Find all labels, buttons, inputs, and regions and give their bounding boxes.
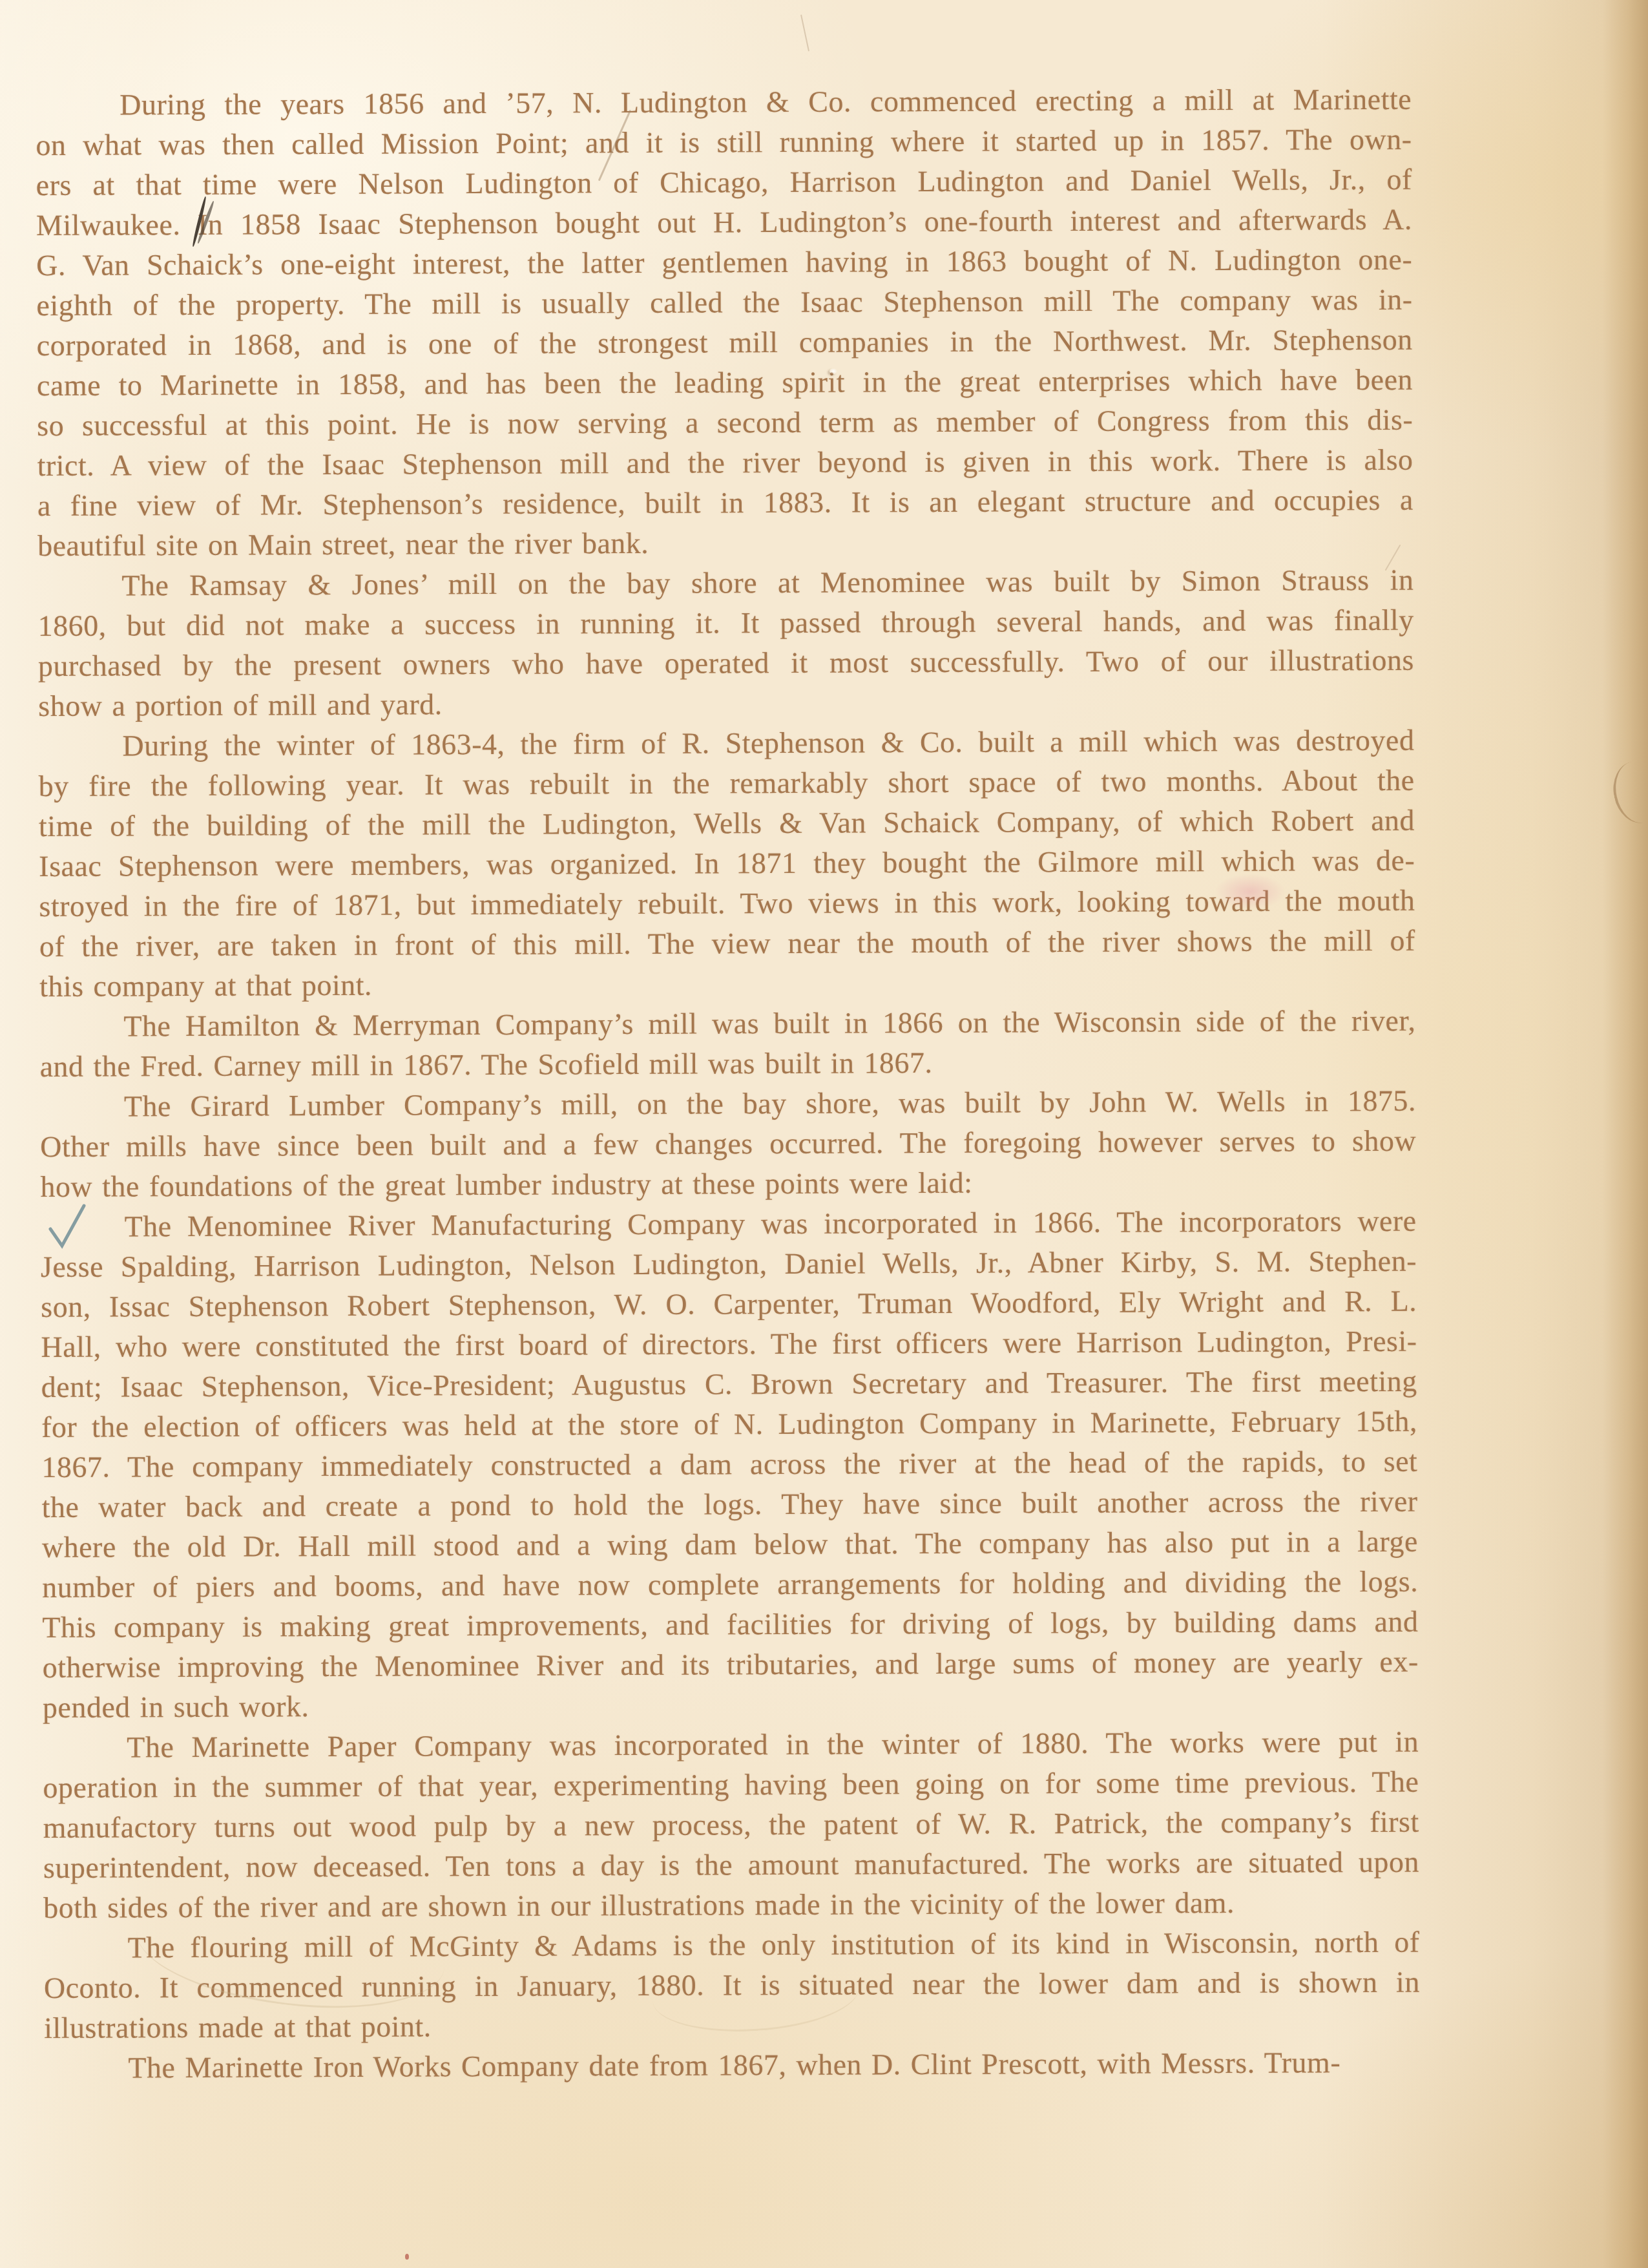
red-speck-mark bbox=[405, 2254, 409, 2260]
text-line: show a portion of mill and yard. bbox=[38, 680, 1414, 726]
text-line: Milwaukee. In 1858 Isaac Stephenson boug… bbox=[36, 200, 1412, 246]
pen-slash-mark bbox=[191, 196, 217, 250]
text-line: The Menominee River Manufacturing Compan… bbox=[41, 1201, 1417, 1247]
text-line: The Girard Lumber Company’s mill, on the… bbox=[40, 1081, 1416, 1127]
text-line: stroyed in the fire of 1871, but immedia… bbox=[39, 881, 1415, 927]
text-line: The Marinette Paper Company was incorpor… bbox=[43, 1722, 1419, 1768]
text-line: This company is making great improvement… bbox=[42, 1602, 1418, 1648]
text-line: beautiful site on Main street, near the … bbox=[37, 520, 1413, 566]
text-line: manufactory turns out wood pulp by a new… bbox=[43, 1802, 1419, 1848]
text-line: and the Fred. Carney mill in 1867. The S… bbox=[39, 1041, 1415, 1087]
text-line: of the river, are taken in front of this… bbox=[39, 921, 1415, 967]
text-line: During the years 1856 and ’57, N. Luding… bbox=[36, 79, 1412, 125]
margin-check-mark bbox=[45, 1201, 90, 1252]
text-line: Jesse Spalding, Harrison Ludington, Nels… bbox=[41, 1241, 1417, 1287]
text-line: son, Issac Stephenson Robert Stephenson,… bbox=[41, 1281, 1417, 1327]
text-line: time of the building of the mill the Lud… bbox=[39, 801, 1415, 846]
text-line: for the election of officers was held at… bbox=[41, 1402, 1417, 1447]
scratch-mark bbox=[800, 14, 809, 51]
paragraph-3: During the winter of 1863-4, the firm of… bbox=[38, 720, 1415, 1007]
paragraph-6: The Menominee River Manufacturing Compan… bbox=[41, 1201, 1419, 1728]
paragraph-1: During the years 1856 and ’57, N. Luding… bbox=[36, 79, 1413, 566]
paragraph-9: The Marinette Iron Works Company date fr… bbox=[44, 2042, 1420, 2088]
text-line: purchased by the present owners who have… bbox=[38, 640, 1414, 686]
text-line: 1860, but did not make a success in runn… bbox=[38, 600, 1414, 646]
text-line: the water back and create a pond to hold… bbox=[41, 1482, 1417, 1528]
text-line: pended in such work. bbox=[43, 1682, 1419, 1728]
text-line: where the old Dr. Hall mill stood and a … bbox=[42, 1522, 1418, 1568]
text-line: operation in the summer of that year, ex… bbox=[43, 1762, 1419, 1808]
body-text: During the years 1856 and ’57, N. Luding… bbox=[36, 79, 1421, 2088]
scanned-book-page: During the years 1856 and ’57, N. Luding… bbox=[0, 0, 1648, 2268]
text-line: ers at that time were Nelson Ludington o… bbox=[36, 160, 1412, 205]
text-line: a fine view of Mr. Stephenson’s residenc… bbox=[37, 480, 1413, 526]
text-line: The Marinette Iron Works Company date fr… bbox=[44, 2042, 1420, 2088]
text-line: came to Marinette in 1858, and has been … bbox=[37, 360, 1413, 406]
text-line: number of piers and booms, and have now … bbox=[42, 1562, 1418, 1608]
text-line: by fire the following year. It was rebui… bbox=[39, 761, 1415, 806]
paragraph-5: The Girard Lumber Company’s mill, on the… bbox=[40, 1081, 1417, 1207]
text-line: superintendent, now deceased. Ten tons a… bbox=[43, 1842, 1419, 1888]
text-line: G. Van Schaick’s one-eight interest, the… bbox=[36, 240, 1412, 286]
text-line: dent; Isaac Stephenson, Vice-President; … bbox=[41, 1361, 1417, 1407]
paper-glint bbox=[829, 368, 837, 374]
text-line: Isaac Stephenson were members, was organ… bbox=[39, 841, 1415, 887]
text-line: eighth of the property. The mill is usua… bbox=[36, 280, 1412, 326]
paragraph-2: The Ramsay & Jones’ mill on the bay shor… bbox=[37, 560, 1414, 726]
text-line: During the winter of 1863-4, the firm of… bbox=[38, 720, 1414, 766]
paragraph-4: The Hamilton & Merryman Company’s mill w… bbox=[39, 1001, 1416, 1087]
text-line: Other mills have since been built and a … bbox=[40, 1121, 1416, 1167]
text-line: The Ramsay & Jones’ mill on the bay shor… bbox=[37, 560, 1413, 606]
text-line: this company at that point. bbox=[39, 961, 1415, 1007]
text-line: Hall, who were constituted the first boa… bbox=[41, 1321, 1417, 1367]
page-edge-shadow bbox=[1603, 0, 1648, 2268]
pink-smudge-mark bbox=[1215, 874, 1286, 910]
text-line: otherwise improving the Menominee River … bbox=[43, 1642, 1419, 1688]
text-line: The Hamilton & Merryman Company’s mill w… bbox=[39, 1001, 1415, 1047]
text-line: on what was then called Mission Point; a… bbox=[36, 120, 1412, 165]
text-line: so successful at this point. He is now s… bbox=[37, 400, 1413, 446]
text-line: corporated in 1868, and is one of the st… bbox=[37, 320, 1413, 366]
text-line: trict. A view of the Isaac Stephenson mi… bbox=[37, 440, 1413, 486]
text-line: how the foundations of the great lumber … bbox=[40, 1161, 1416, 1207]
text-line: 1867. The company immediately constructe… bbox=[41, 1442, 1417, 1487]
